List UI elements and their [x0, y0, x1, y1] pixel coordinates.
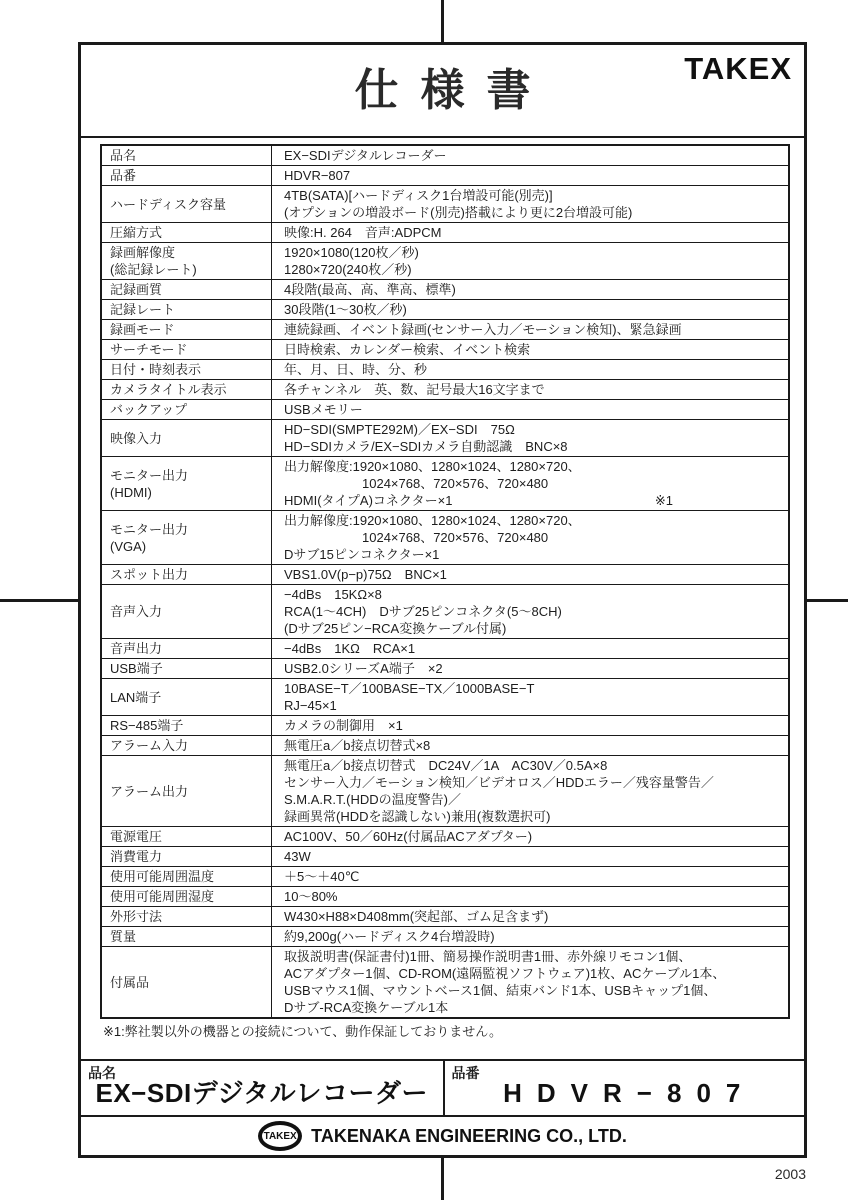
spec-value-line: USBマウス1個、マウントベース1個、結束バンド1本、USBキャップ1個、 [284, 982, 782, 999]
spec-row: 録画モード連続録画、イベント録画(センサー入力／モーション検知)、緊急録画 [102, 319, 788, 339]
spec-label-line: 質量 [110, 928, 267, 945]
spec-row: 品名EX−SDIデジタルレコーダー [102, 146, 788, 165]
spec-value-line: RJ−45×1 [284, 697, 782, 714]
spec-label-line: 記録画質 [110, 281, 267, 298]
spec-row-label: RS−485端子 [102, 716, 272, 735]
spec-row-label: 品番 [102, 166, 272, 185]
spec-label-line: アラーム入力 [110, 737, 267, 754]
spec-label-line: 録画モード [110, 321, 267, 338]
spec-value-line: センサー入力／モーション検知／ビデオロス／HDDエラー／残容量警告／ [284, 774, 782, 791]
spec-row-value: USB2.0シリーズA端子 ×2 [272, 659, 788, 678]
spec-label-line: カメラタイトル表示 [110, 381, 267, 398]
spec-value-line: VBS1.0V(p−p)75Ω BNC×1 [284, 566, 782, 583]
spec-row-value: 映像:H. 264 音声:ADPCM [272, 223, 788, 242]
spec-row-label: LAN端子 [102, 679, 272, 715]
spec-row-value: 連続録画、イベント録画(センサー入力／モーション検知)、緊急録画 [272, 320, 788, 339]
document-frame: 仕様書 TAKEX 品名EX−SDIデジタルレコーダー品番HDVR−807ハード… [78, 42, 807, 1158]
spec-row-value: 10BASE−T／100BASE−TX／1000BASE−TRJ−45×1 [272, 679, 788, 715]
spec-label-line: 映像入力 [110, 430, 267, 447]
footer-band: TAKEX TAKENAKA ENGINEERING CO., LTD. [81, 1117, 804, 1155]
spec-value-line: USB2.0シリーズA端子 ×2 [284, 660, 782, 677]
spec-value-line: Dサブ-RCA変換ケーブル1本 [284, 999, 782, 1016]
spec-row: 品番HDVR−807 [102, 165, 788, 185]
spec-label-line: ハードディスク容量 [110, 196, 267, 213]
summary-number-label: 品番 [452, 1063, 480, 1083]
spec-value-line: 映像:H. 264 音声:ADPCM [284, 224, 782, 241]
spec-label-line: サーチモード [110, 341, 267, 358]
spec-row-label: 品名 [102, 146, 272, 165]
spec-row: USB端子USB2.0シリーズA端子 ×2 [102, 658, 788, 678]
spec-row: ハードディスク容量4TB(SATA)[ハードディスク1台増設可能(別売)](オプ… [102, 185, 788, 222]
spec-row-label: 音声入力 [102, 585, 272, 638]
takex-brand-logo: TAKEX [684, 51, 792, 87]
summary-name-value: EX−SDIデジタルレコーダー [81, 1061, 443, 1108]
summary-product-name-cell: 品名 EX−SDIデジタルレコーダー [81, 1061, 443, 1115]
spec-row-value: 出力解像度:1920×1080、1280×1024、1280×720、 1024… [272, 457, 788, 510]
spec-value-line: 取扱説明書(保証書付)1冊、簡易操作説明書1冊、赤外線リモコン1個、 [284, 948, 782, 965]
spec-row-value: −4dBs 1KΩ RCA×1 [272, 639, 788, 658]
spec-row-value: 30段階(1〜30枚／秒) [272, 300, 788, 319]
spec-row: バックアップUSBメモリー [102, 399, 788, 419]
spec-value-line: ＋5〜＋40℃ [284, 868, 782, 885]
spec-label-line: スポット出力 [110, 566, 267, 583]
spec-row-label: 日付・時刻表示 [102, 360, 272, 379]
spec-row: アラーム出力無電圧a／b接点切替式 DC24V／1A AC30V／0.5A×8セ… [102, 755, 788, 826]
spec-row-value: EX−SDIデジタルレコーダー [272, 146, 788, 165]
spec-row: 使用可能周囲温度＋5〜＋40℃ [102, 866, 788, 886]
fold-mark-bottom [441, 1158, 444, 1200]
summary-product-number-cell: 品番 HDVR−807 [443, 1061, 805, 1115]
spec-row-label: スポット出力 [102, 565, 272, 584]
spec-label-line: 品番 [110, 167, 267, 184]
summary-number-value: HDVR−807 [445, 1061, 805, 1108]
spec-row-label: アラーム出力 [102, 756, 272, 826]
spec-label-line: 記録レート [110, 301, 267, 318]
page-number: 2003 [775, 1166, 806, 1182]
spec-value-line: AC100V、50／60Hz(付属品ACアダプター) [284, 828, 782, 845]
spec-row: 録画解像度(総記録レート)1920×1080(120枚／秒)1280×720(2… [102, 242, 788, 279]
summary-name-label: 品名 [88, 1063, 116, 1083]
spec-row-label: 電源電圧 [102, 827, 272, 846]
spec-value-line: 無電圧a／b接点切替式 DC24V／1A AC30V／0.5A×8 [284, 757, 782, 774]
spec-row-value: 約9,200g(ハードディスク4台増設時) [272, 927, 788, 946]
spec-row: サーチモード日時検索、カレンダー検索、イベント検索 [102, 339, 788, 359]
spec-row-label: ハードディスク容量 [102, 186, 272, 222]
spec-row: 消費電力43W [102, 846, 788, 866]
spec-value-line: W430×H88×D408mm(突起部、ゴム足含まず) [284, 908, 782, 925]
spec-row-value: ＋5〜＋40℃ [272, 867, 788, 886]
spec-value-line: (オプションの増設ボード(別売)搭載により更に2台増設可能) [284, 204, 782, 221]
spec-row: カメラタイトル表示各チャンネル 英、数、記号最大16文字まで [102, 379, 788, 399]
spec-row-value: VBS1.0V(p−p)75Ω BNC×1 [272, 565, 788, 584]
spec-value-line: 出力解像度:1920×1080、1280×1024、1280×720、 [284, 458, 782, 475]
spec-value-line: 年、月、日、時、分、秒 [284, 361, 782, 378]
spec-value-line: HD−SDI(SMPTE292M)／EX−SDI 75Ω [284, 421, 782, 438]
spec-row-value: カメラの制御用 ×1 [272, 716, 788, 735]
spec-row: LAN端子10BASE−T／100BASE−TX／1000BASE−TRJ−45… [102, 678, 788, 715]
spec-label-line: 使用可能周囲湿度 [110, 888, 267, 905]
spec-value-line: Dサブ15ピンコネクター×1 [284, 546, 782, 563]
spec-row-value: 各チャンネル 英、数、記号最大16文字まで [272, 380, 788, 399]
summary-band: 品名 EX−SDIデジタルレコーダー 品番 HDVR−807 [81, 1059, 804, 1117]
spec-value-line: −4dBs 1KΩ RCA×1 [284, 640, 782, 657]
spec-row-value: HD−SDI(SMPTE292M)／EX−SDI 75ΩHD−SDIカメラ/EX… [272, 420, 788, 456]
spec-label-line: アラーム出力 [110, 783, 267, 800]
spec-value-line: HDMI(タイプA)コネクター×1 [284, 492, 782, 509]
spec-row-label: 付属品 [102, 947, 272, 1017]
spec-row-label: 使用可能周囲湿度 [102, 887, 272, 906]
spec-row: モニター出力(HDMI)出力解像度:1920×1080、1280×1024、12… [102, 456, 788, 510]
spec-value-line: 1920×1080(120枚／秒) [284, 244, 782, 261]
title-band: 仕様書 TAKEX [81, 45, 804, 138]
spec-row: 記録レート30段階(1〜30枚／秒) [102, 299, 788, 319]
spec-table: 品名EX−SDIデジタルレコーダー品番HDVR−807ハードディスク容量4TB(… [100, 144, 790, 1019]
spec-value-line: 各チャンネル 英、数、記号最大16文字まで [284, 381, 782, 398]
spec-value-line: HDVR−807 [284, 167, 782, 184]
fold-mark-left [0, 599, 78, 602]
spec-row-value: AC100V、50／60Hz(付属品ACアダプター) [272, 827, 788, 846]
spec-row-label: モニター出力(VGA) [102, 511, 272, 564]
spec-row-label: カメラタイトル表示 [102, 380, 272, 399]
spec-row-label: アラーム入力 [102, 736, 272, 755]
spec-value-line: 出力解像度:1920×1080、1280×1024、1280×720、 [284, 512, 782, 529]
spec-label-line: 使用可能周囲温度 [110, 868, 267, 885]
spec-row: 質量約9,200g(ハードディスク4台増設時) [102, 926, 788, 946]
spec-row: 音声出力−4dBs 1KΩ RCA×1 [102, 638, 788, 658]
spec-row-label: 圧縮方式 [102, 223, 272, 242]
spec-label-line: LAN端子 [110, 689, 267, 706]
takex-oval-logo-text: TAKEX [264, 1131, 297, 1142]
fold-mark-top [441, 0, 444, 42]
spec-value-line: 10〜80% [284, 888, 782, 905]
spec-value-line: 日時検索、カレンダー検索、イベント検索 [284, 341, 782, 358]
spec-value-line: −4dBs 15KΩ×8 [284, 586, 782, 603]
spec-value-line: RCA(1〜4CH) Dサブ25ピンコネクタ(5〜8CH) [284, 603, 782, 620]
spec-value-line: 30段階(1〜30枚／秒) [284, 301, 782, 318]
takex-oval-logo-icon: TAKEX [258, 1121, 302, 1151]
spec-row-value: −4dBs 15KΩ×8RCA(1〜4CH) Dサブ25ピンコネクタ(5〜8CH… [272, 585, 788, 638]
spec-label-line: バックアップ [110, 401, 267, 418]
spec-row-label: 外形寸法 [102, 907, 272, 926]
spec-label-line: 電源電圧 [110, 828, 267, 845]
spec-row-value: 43W [272, 847, 788, 866]
spec-label-line: USB端子 [110, 660, 267, 677]
spec-row: 電源電圧AC100V、50／60Hz(付属品ACアダプター) [102, 826, 788, 846]
spec-row-label: 録画解像度(総記録レート) [102, 243, 272, 279]
spec-row: 映像入力HD−SDI(SMPTE292M)／EX−SDI 75ΩHD−SDIカメ… [102, 419, 788, 456]
spec-row: 外形寸法W430×H88×D408mm(突起部、ゴム足含まず) [102, 906, 788, 926]
spec-row: 圧縮方式映像:H. 264 音声:ADPCM [102, 222, 788, 242]
spec-label-line: モニター出力 [110, 467, 267, 484]
spec-row: RS−485端子カメラの制御用 ×1 [102, 715, 788, 735]
spec-row-value: 1920×1080(120枚／秒)1280×720(240枚／秒) [272, 243, 788, 279]
spec-value-line: カメラの制御用 ×1 [284, 717, 782, 734]
spec-value-line: 無電圧a／b接点切替式×8 [284, 737, 782, 754]
spec-row-label: 記録画質 [102, 280, 272, 299]
spec-value-line: 連続録画、イベント録画(センサー入力／モーション検知)、緊急録画 [284, 321, 782, 338]
spec-value-line: 1024×768、720×576、720×480 [284, 475, 782, 492]
spec-row: 使用可能周囲湿度10〜80% [102, 886, 788, 906]
spec-value-line: ACアダプター1個、CD-ROM(遠隔監視ソフトウェア)1枚、ACケーブル1本、 [284, 965, 782, 982]
spec-row-label: 記録レート [102, 300, 272, 319]
spec-label-line: 日付・時刻表示 [110, 361, 267, 378]
spec-row-label: 消費電力 [102, 847, 272, 866]
spec-value-line: 10BASE−T／100BASE−TX／1000BASE−T [284, 680, 782, 697]
spec-value-line: 4TB(SATA)[ハードディスク1台増設可能(別売)] [284, 187, 782, 204]
spec-row-value: 無電圧a／b接点切替式×8 [272, 736, 788, 755]
spec-row-value: USBメモリー [272, 400, 788, 419]
spec-row-label: 音声出力 [102, 639, 272, 658]
spec-label-line: 録画解像度 [110, 244, 267, 261]
spec-value-line: 録画異常(HDDを認識しない)兼用(複数選択可) [284, 808, 782, 825]
spec-row-value: 無電圧a／b接点切替式 DC24V／1A AC30V／0.5A×8センサー入力／… [272, 756, 788, 826]
spec-row-label: バックアップ [102, 400, 272, 419]
spec-value-line: HD−SDIカメラ/EX−SDIカメラ自動認識 BNC×8 [284, 438, 782, 455]
spec-row-label: USB端子 [102, 659, 272, 678]
spec-row-value: HDVR−807 [272, 166, 788, 185]
spec-row: 付属品取扱説明書(保証書付)1冊、簡易操作説明書1冊、赤外線リモコン1個、ACア… [102, 946, 788, 1017]
fold-mark-right [807, 599, 848, 602]
spec-row: アラーム入力無電圧a／b接点切替式×8 [102, 735, 788, 755]
spec-label-line: 圧縮方式 [110, 224, 267, 241]
spec-row: 日付・時刻表示年、月、日、時、分、秒 [102, 359, 788, 379]
spec-row-label: モニター出力(HDMI) [102, 457, 272, 510]
footnote: ※1:弊社製以外の機器との接続について、動作保証しておりません。 [103, 1024, 804, 1040]
spec-value-line: 1024×768、720×576、720×480 [284, 529, 782, 546]
spec-label-line: 付属品 [110, 974, 267, 991]
spec-row: スポット出力VBS1.0V(p−p)75Ω BNC×1 [102, 564, 788, 584]
spec-row-value: 4段階(最高、高、準高、標準) [272, 280, 788, 299]
spec-row-label: 使用可能周囲温度 [102, 867, 272, 886]
spec-value-line: 1280×720(240枚／秒) [284, 261, 782, 278]
spec-label-line: (HDMI) [110, 484, 267, 501]
spec-row-value: W430×H88×D408mm(突起部、ゴム足含まず) [272, 907, 788, 926]
spec-label-line: 音声出力 [110, 640, 267, 657]
spec-row: 記録画質4段階(最高、高、準高、標準) [102, 279, 788, 299]
spec-value-line: 43W [284, 848, 782, 865]
spec-row-label: 質量 [102, 927, 272, 946]
spec-value-line: USBメモリー [284, 401, 782, 418]
spec-row-label: サーチモード [102, 340, 272, 359]
spec-row-value: 10〜80% [272, 887, 788, 906]
spec-row: 音声入力−4dBs 15KΩ×8RCA(1〜4CH) Dサブ25ピンコネクタ(5… [102, 584, 788, 638]
spec-row-value: 出力解像度:1920×1080、1280×1024、1280×720、 1024… [272, 511, 788, 564]
spec-value-line: 約9,200g(ハードディスク4台増設時) [284, 928, 782, 945]
spec-row-value: 年、月、日、時、分、秒 [272, 360, 788, 379]
spec-label-line: 品名 [110, 147, 267, 164]
spec-label-line: (VGA) [110, 538, 267, 555]
spec-value-line: (Dサブ25ピン−RCA変換ケーブル付属) [284, 620, 782, 637]
spec-label-line: モニター出力 [110, 521, 267, 538]
spec-label-line: RS−485端子 [110, 717, 267, 734]
spec-value-line: 4段階(最高、高、準高、標準) [284, 281, 782, 298]
spec-row-label: 映像入力 [102, 420, 272, 456]
spec-label-line: 音声入力 [110, 603, 267, 620]
spec-row-value: 日時検索、カレンダー検索、イベント検索 [272, 340, 788, 359]
spec-label-line: (総記録レート) [110, 261, 267, 278]
company-name: TAKENAKA ENGINEERING CO., LTD. [311, 1126, 627, 1147]
spec-row: モニター出力(VGA)出力解像度:1920×1080、1280×1024、128… [102, 510, 788, 564]
spec-row-value: 4TB(SATA)[ハードディスク1台増設可能(別売)](オプションの増設ボード… [272, 186, 788, 222]
spec-label-line: 消費電力 [110, 848, 267, 865]
spec-label-line: 外形寸法 [110, 908, 267, 925]
spec-row-value: 取扱説明書(保証書付)1冊、簡易操作説明書1冊、赤外線リモコン1個、ACアダプタ… [272, 947, 788, 1017]
spec-value-line: EX−SDIデジタルレコーダー [284, 147, 782, 164]
spec-row-label: 録画モード [102, 320, 272, 339]
spec-value-note: ※1 [655, 492, 673, 509]
spec-value-line: S.M.A.R.T.(HDDの温度警告)／ [284, 791, 782, 808]
